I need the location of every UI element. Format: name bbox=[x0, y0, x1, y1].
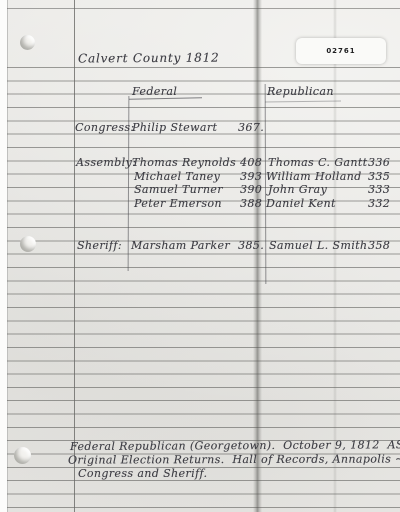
sheriff-federal-name: Marsham Parker bbox=[131, 239, 230, 252]
archive-number-stamp: 02761 bbox=[296, 38, 386, 64]
sheriff-republican-votes: 358 bbox=[368, 239, 390, 252]
column-header-federal: Federal bbox=[132, 85, 177, 98]
hole-punch bbox=[20, 35, 35, 50]
federal-candidate-name: Peter Emerson bbox=[134, 197, 222, 210]
federal-candidate-votes: 388 bbox=[240, 197, 262, 210]
footnote-line-3: Congress and Sheriff. bbox=[78, 467, 207, 480]
office-label-assembly: Assembly: bbox=[76, 156, 136, 169]
republican-candidate-name: Daniel Kent bbox=[266, 197, 336, 210]
federal-candidate-votes: 393 bbox=[240, 170, 262, 183]
page-title: Calvert County 1812 bbox=[78, 52, 220, 66]
column-header-republican: Republican bbox=[267, 85, 334, 98]
republican-candidate-votes: 333 bbox=[368, 183, 390, 196]
republican-candidate-votes: 336 bbox=[368, 156, 390, 169]
top-rule-line bbox=[7, 8, 400, 9]
sheriff-federal-votes: 385. bbox=[238, 239, 264, 252]
vertical-fold-crease bbox=[253, 0, 262, 512]
republican-candidate-name: William Holland bbox=[266, 170, 362, 183]
margin-rule-line bbox=[74, 0, 75, 512]
faint-crease bbox=[333, 0, 337, 512]
federal-candidate-votes: 390 bbox=[240, 183, 262, 196]
republican-candidate-name: John Gray bbox=[268, 183, 327, 196]
congress-federal-name: Philip Stewart bbox=[132, 121, 217, 134]
archive-number: 02761 bbox=[326, 47, 355, 55]
hole-punch bbox=[20, 236, 36, 252]
republican-candidate-votes: 332 bbox=[368, 197, 390, 210]
congress-federal-votes: 367. bbox=[238, 121, 264, 134]
federal-candidate-name: Michael Taney bbox=[134, 170, 220, 183]
sheriff-republican-name: Samuel L. Smith bbox=[269, 239, 367, 252]
footnote-line-1: Federal Republican (Georgetown). October… bbox=[70, 438, 400, 453]
republican-candidate-name: Thomas C. Gantt bbox=[268, 156, 367, 169]
republican-candidate-votes: 335 bbox=[368, 170, 390, 183]
office-label-sheriff: Sheriff: bbox=[77, 239, 122, 252]
scanned-ledger-page: 02761 Calvert County 1812 Federal Republ… bbox=[0, 0, 400, 512]
federal-candidate-name: Samuel Turner bbox=[134, 183, 223, 196]
federal-candidate-votes: 408 bbox=[240, 156, 262, 169]
office-label-congress: Congress: bbox=[75, 121, 135, 134]
hole-punch bbox=[14, 447, 31, 464]
federal-candidate-name: Thomas Reynolds bbox=[132, 156, 236, 169]
footnote-line-2: Original Election Returns. Hall of Recor… bbox=[68, 452, 400, 466]
